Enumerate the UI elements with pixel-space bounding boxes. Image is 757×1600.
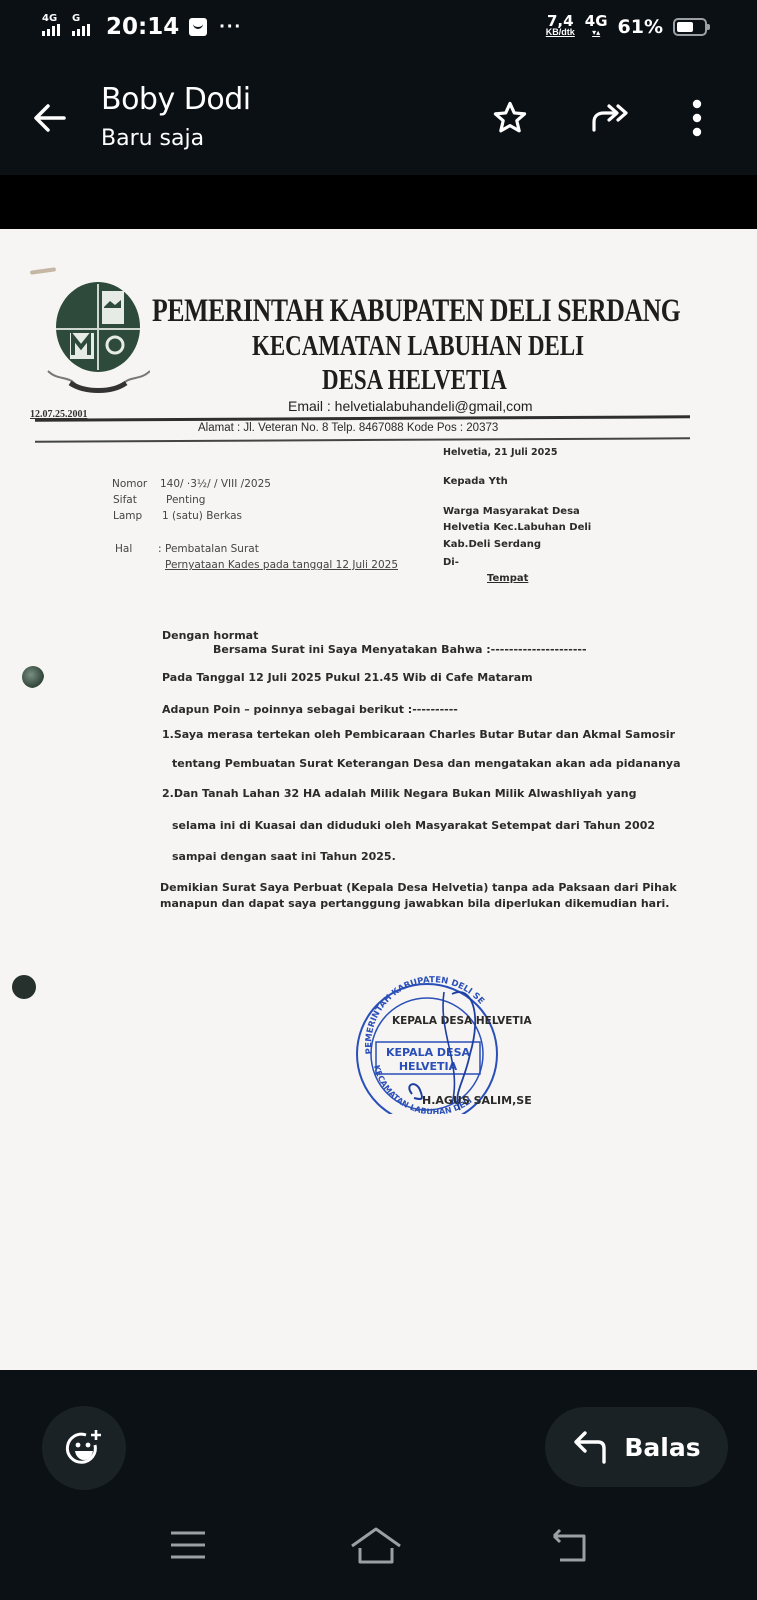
body-event: Pada Tanggal 12 Juli 2025 Pukul 21.45 Wi… bbox=[162, 671, 533, 684]
meta-value-hal: Pembatalan Surat bbox=[165, 543, 259, 555]
home-icon bbox=[350, 1526, 402, 1564]
recipient-line-4: Di- bbox=[443, 557, 459, 568]
svg-text:KEPALA DESA: KEPALA DESA bbox=[386, 1046, 471, 1059]
back-button[interactable] bbox=[30, 98, 70, 138]
svg-text:KEPALA DESA HELVETIA: KEPALA DESA HELVETIA bbox=[392, 1015, 532, 1027]
status-bar: 4G G 20:14 ··· 7,4 KB/dtk 4G ▾▴ 61% bbox=[0, 0, 757, 60]
battery-percent: 61% bbox=[618, 16, 663, 38]
letterhead-address: Alamat : Jl. Veteran No. 8 Telp. 8467088… bbox=[198, 422, 498, 434]
nav-home-button[interactable] bbox=[346, 1520, 406, 1570]
meta-label-sifat: Sifat bbox=[113, 494, 137, 506]
clock: 20:14 bbox=[106, 14, 179, 40]
star-icon bbox=[491, 99, 529, 137]
body-point2-b: selama ini di Kuasai dan diduduki oleh M… bbox=[172, 819, 655, 832]
subject-line-2: Pernyataan Kades pada tanggal 12 Juli 20… bbox=[165, 559, 398, 571]
more-vert-icon bbox=[691, 98, 703, 138]
letterhead-rule-thin bbox=[35, 437, 690, 442]
more-notifications-icon: ··· bbox=[219, 22, 242, 32]
body-point1-a: 1.Saya merasa tertekan oleh Pembicaraan … bbox=[162, 728, 675, 741]
body-point2-c: sampai dengan saat ini Tahun 2025. bbox=[172, 850, 396, 863]
message-time: Baru saja bbox=[101, 126, 204, 151]
battery-icon bbox=[673, 18, 707, 36]
forward-all-icon bbox=[588, 100, 632, 136]
letterhead-line-2: KECAMATAN LABUHAN DELI bbox=[252, 331, 584, 363]
app-bar: Boby Dodi Baru saja bbox=[0, 60, 757, 175]
body-points-intro: Adapun Poin – poinnya sebagai berikut :-… bbox=[162, 703, 458, 716]
meta-value-hal-sep: : bbox=[158, 543, 162, 555]
network-speed: 7,4 KB/dtk bbox=[546, 16, 575, 38]
recipient-line-5: Tempat bbox=[487, 573, 528, 584]
nav-recents-button[interactable] bbox=[158, 1520, 218, 1570]
bottom-action-bar: Balas bbox=[0, 1370, 757, 1600]
meta-label-lamp: Lamp bbox=[113, 510, 142, 522]
meta-value-nomor: 140/ ·3½/ / VIII /2025 bbox=[160, 478, 271, 490]
punch-hole bbox=[22, 666, 44, 688]
add-reaction-icon bbox=[64, 1428, 104, 1468]
shopping-bag-notification-icon bbox=[189, 18, 207, 36]
meta-value-sifat: Penting bbox=[166, 494, 205, 506]
meta-value-lamp: 1 (satu) Berkas bbox=[162, 510, 242, 522]
recipient-greeting: Kepada Yth bbox=[443, 476, 508, 487]
meta-label-nomor: Nomor bbox=[112, 478, 147, 490]
body-closing-a: Demikian Surat Saya Perbuat (Kepala Desa… bbox=[160, 881, 677, 894]
punch-hole bbox=[12, 975, 36, 999]
body-point2-a: 2.Dan Tanah Lahan 32 HA adalah Milik Neg… bbox=[162, 787, 636, 800]
reply-icon bbox=[572, 1430, 610, 1464]
recipient-line-1: Warga Masyarakat Desa bbox=[443, 506, 580, 517]
body-intro: Bersama Surat ini Saya Menyatakan Bahwa … bbox=[213, 643, 587, 656]
reply-label: Balas bbox=[624, 1433, 700, 1462]
place-date: Helvetia, 21 Juli 2025 bbox=[443, 447, 558, 458]
forward-button[interactable] bbox=[588, 96, 632, 140]
body-closing-b: manapun dan dapat saya pertanggung jawab… bbox=[160, 897, 669, 910]
body-opening: Dengan hormat bbox=[162, 629, 258, 642]
more-options-button[interactable] bbox=[675, 96, 719, 140]
body-point1-b: tentang Pembuatan Surat Keterangan Desa … bbox=[172, 757, 681, 770]
star-button[interactable] bbox=[488, 96, 532, 140]
sim1-signal-icon: 4G bbox=[42, 14, 66, 40]
sender-name: Boby Dodi bbox=[101, 82, 251, 117]
nav-back-button[interactable] bbox=[540, 1520, 600, 1570]
svg-text:HELVETIA: HELVETIA bbox=[399, 1060, 458, 1073]
letterhead-email: Email : helvetialabuhandeli@gmail,com bbox=[288, 398, 533, 414]
svg-text:H.AGUS SALIM,SE: H.AGUS SALIM,SE bbox=[422, 1094, 532, 1107]
attachment-viewer[interactable]: 12.07.25.2001 PEMERINTAH KABUPATEN DELI … bbox=[0, 175, 757, 1370]
recipient-line-2: Helvetia Kec.Labuhan Deli bbox=[443, 522, 591, 533]
letterhead-rule bbox=[35, 415, 690, 421]
letter-image: 12.07.25.2001 PEMERINTAH KABUPATEN DELI … bbox=[0, 229, 757, 1370]
sim2-signal-icon: G bbox=[72, 14, 96, 40]
reply-button[interactable]: Balas bbox=[545, 1407, 728, 1487]
meta-label-hal: Hal bbox=[115, 543, 132, 555]
letterhead-line-3: DESA HELVETIA bbox=[322, 365, 507, 397]
letterhead-line-1: PEMERINTAH KABUPATEN DELI SERDANG bbox=[152, 293, 680, 330]
recipient-line-3: Kab.Deli Serdang bbox=[443, 539, 541, 550]
back-nav-icon bbox=[550, 1528, 590, 1562]
back-arrow-icon bbox=[30, 98, 70, 138]
recents-menu-icon bbox=[170, 1530, 206, 1560]
add-reaction-button[interactable] bbox=[42, 1406, 126, 1490]
mobile-data-icon: 4G ▾▴ bbox=[585, 16, 608, 38]
official-stamp-signature: PEMERINTAH KABUPATEN DELI SERDANG KECAMA… bbox=[352, 974, 552, 1114]
village-emblem-logo bbox=[40, 279, 150, 404]
